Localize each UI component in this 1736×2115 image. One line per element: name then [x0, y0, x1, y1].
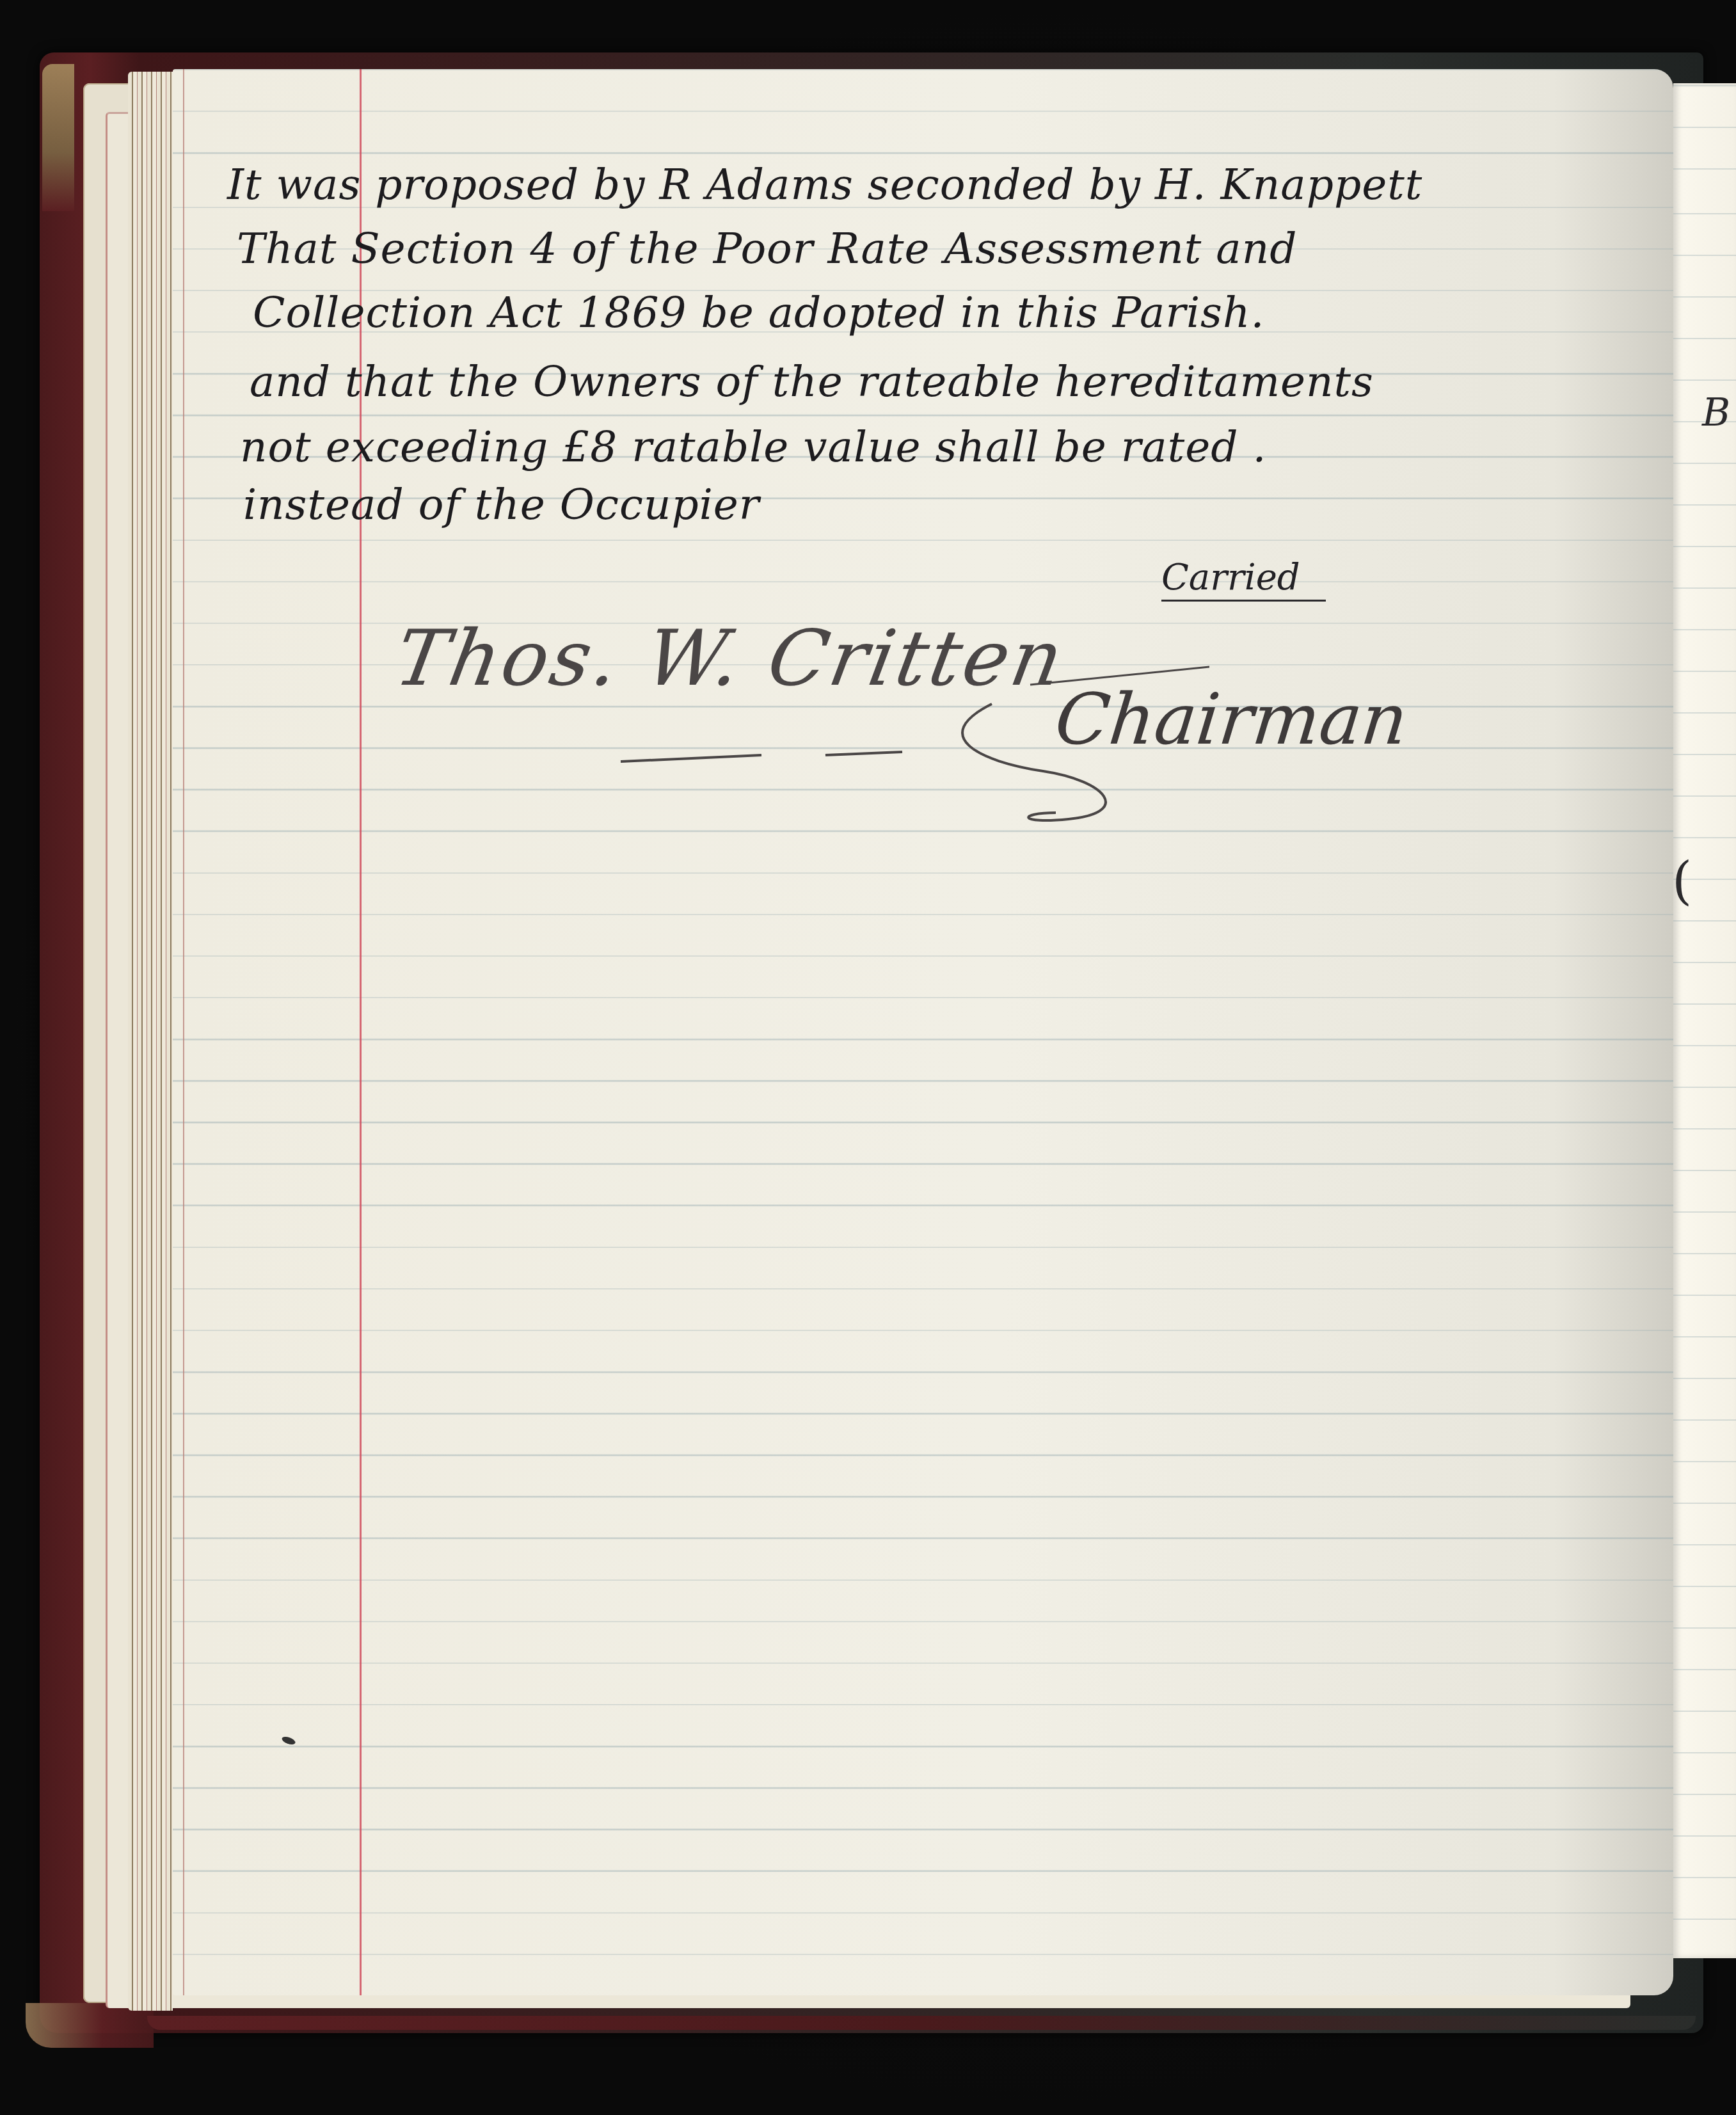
- entry-line-3: Collection Act 1869 be adopted in this P…: [253, 288, 1264, 337]
- page-edges: [128, 72, 173, 2011]
- facing-ruled-lines: [1673, 83, 1736, 1958]
- facing-page-fragment: B: [1702, 390, 1730, 435]
- facing-page: B: [1673, 83, 1736, 1958]
- entry-line-4-text: and that the Owners of the rateable here…: [250, 357, 1374, 406]
- entry-line-5: not exceeding £8 ratable value shall be …: [240, 422, 1267, 472]
- facing-page-bracket-mark: (: [1672, 851, 1692, 911]
- scan-stage: It was proposed by R Adams seconded by H…: [0, 0, 1736, 2115]
- worn-binding-corner-top: [42, 64, 74, 211]
- bottom-binding-edge: [147, 2016, 1696, 2030]
- entry-line-6: instead of the Occupier: [243, 480, 760, 529]
- entry-line-2: That Section 4 of the Poor Rate Assessme…: [237, 224, 1297, 273]
- chairman-title: Chairman: [1051, 678, 1412, 760]
- entry-line-4: and that the Owners of the rateable here…: [250, 357, 1374, 406]
- outcome-label: Carried: [1161, 557, 1326, 602]
- inner-margin-rule: [183, 69, 184, 1995]
- entry-line-1: It was proposed by R Adams seconded by H…: [227, 160, 1422, 209]
